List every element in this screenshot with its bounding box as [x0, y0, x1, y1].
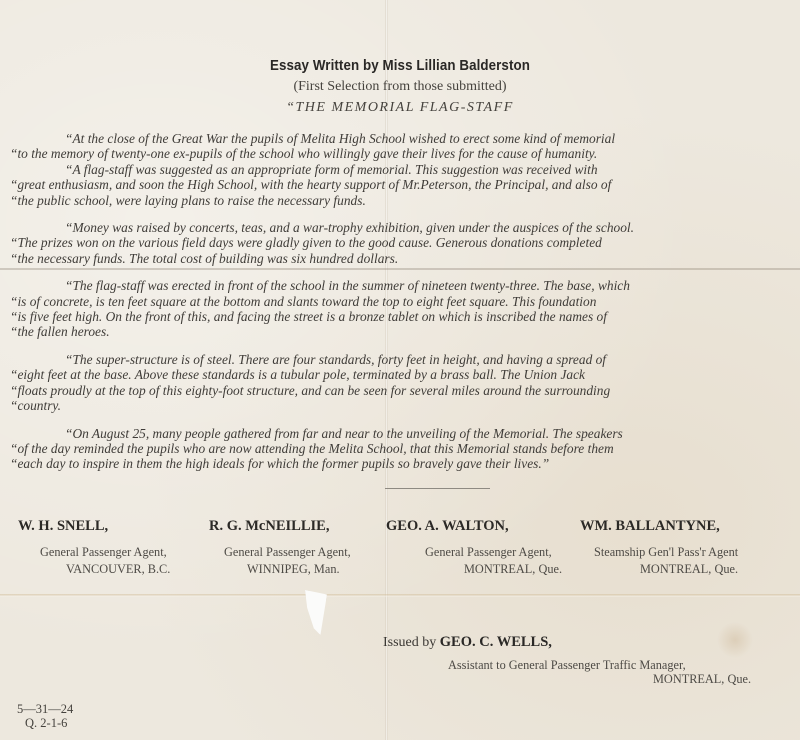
essay-paragraph: “The super-structure is of steel. There …: [10, 352, 775, 414]
essay-line: “Money was raised by concerts, teas, and…: [10, 220, 775, 235]
issued-by-line: Issued by GEO. C. WELLS,: [383, 634, 552, 651]
document-title: Essay Written by Miss Lillian Balderston: [32, 58, 768, 74]
essay-body: “At the close of the Great War the pupil…: [10, 131, 775, 484]
document-header: Essay Written by Miss Lillian Balderston…: [0, 58, 800, 116]
essay-paragraph: “The flag-staff was erected in front of …: [10, 278, 775, 340]
agent-role: General Passenger Agent,: [224, 545, 351, 560]
issued-prefix: Issued by: [383, 635, 436, 650]
essay-line: “the necessary funds. The total cost of …: [10, 251, 775, 266]
essay-paragraph: “At the close of the Great War the pupil…: [10, 131, 775, 162]
essay-line: “each day to inspire in them the high id…: [10, 456, 775, 471]
essay-line: “The super-structure is of steel. There …: [10, 352, 775, 367]
agent-name: R. G. McNEILLIE,: [209, 518, 351, 535]
horizontal-fold-crease: [0, 594, 800, 597]
essay-line: “the fallen heroes.: [10, 324, 775, 339]
issuer-name: GEO. C. WELLS,: [440, 634, 552, 650]
agent-walton: GEO. A. WALTON, General Passenger Agent,…: [386, 518, 562, 577]
agent-mcneillie: R. G. McNEILLIE, General Passenger Agent…: [209, 518, 351, 577]
agent-role: General Passenger Agent,: [425, 545, 562, 560]
agent-name: W. H. SNELL,: [18, 518, 170, 535]
divider-rule: [385, 488, 490, 489]
agent-role: Steamship Gen'l Pass'r Agent: [594, 545, 738, 560]
essay-line: “country.: [10, 398, 775, 413]
essay-line: “floats proudly at the top of this eight…: [10, 383, 775, 398]
agent-city: MONTREAL, Que.: [464, 562, 562, 577]
essay-line: “great enthusiasm, and soon the High Sch…: [10, 177, 775, 192]
essay-title: “THE MEMORIAL FLAG-STAFF: [0, 100, 800, 116]
agent-role: General Passenger Agent,: [40, 545, 170, 560]
essay-line: “A flag-staff was suggested as an approp…: [10, 162, 775, 177]
agent-snell: W. H. SNELL, General Passenger Agent, VA…: [18, 518, 170, 577]
essay-paragraph: “A flag-staff was suggested as an approp…: [10, 162, 775, 208]
document-subtitle: (First Selection from those submitted): [0, 79, 800, 95]
essay-line: “to the memory of twenty-one ex-pupils o…: [10, 146, 775, 161]
issuer-city: MONTREAL, Que.: [653, 672, 751, 687]
agent-name: GEO. A. WALTON,: [386, 518, 562, 535]
scanned-document: Essay Written by Miss Lillian Balderston…: [0, 0, 800, 740]
print-ref: Q. 2-1-6: [25, 716, 73, 730]
agent-city: WINNIPEG, Man.: [247, 562, 351, 577]
agent-name: WM. BALLANTYNE,: [580, 518, 738, 535]
essay-line: “is of concrete, is ten feet square at t…: [10, 294, 775, 309]
print-code: 5—31—24 Q. 2-1-6: [17, 702, 73, 730]
paper-tear: [305, 590, 327, 635]
agent-city: VANCOUVER, B.C.: [66, 562, 170, 577]
issuer-role: Assistant to General Passenger Traffic M…: [448, 658, 686, 673]
essay-line: “The prizes won on the various field day…: [10, 235, 775, 250]
essay-line: “is five feet high. On the front of this…: [10, 309, 775, 324]
essay-paragraph: “Money was raised by concerts, teas, and…: [10, 220, 775, 266]
essay-line: “of the day reminded the pupils who are …: [10, 441, 775, 456]
essay-line: “eight feet at the base. Above these sta…: [10, 367, 775, 382]
essay-line: “At the close of the Great War the pupil…: [10, 131, 775, 146]
issued-by-block: Issued by GEO. C. WELLS, Assistant to Ge…: [383, 634, 552, 651]
print-date: 5—31—24: [17, 702, 73, 716]
agent-city: MONTREAL, Que.: [640, 562, 738, 577]
essay-line: “On August 25, many people gathered from…: [10, 426, 775, 441]
essay-line: “the public school, were laying plans to…: [10, 193, 775, 208]
essay-line: “The flag-staff was erected in front of …: [10, 278, 775, 293]
agent-ballantyne: WM. BALLANTYNE, Steamship Gen'l Pass'r A…: [580, 518, 738, 577]
essay-paragraph: “On August 25, many people gathered from…: [10, 426, 775, 472]
